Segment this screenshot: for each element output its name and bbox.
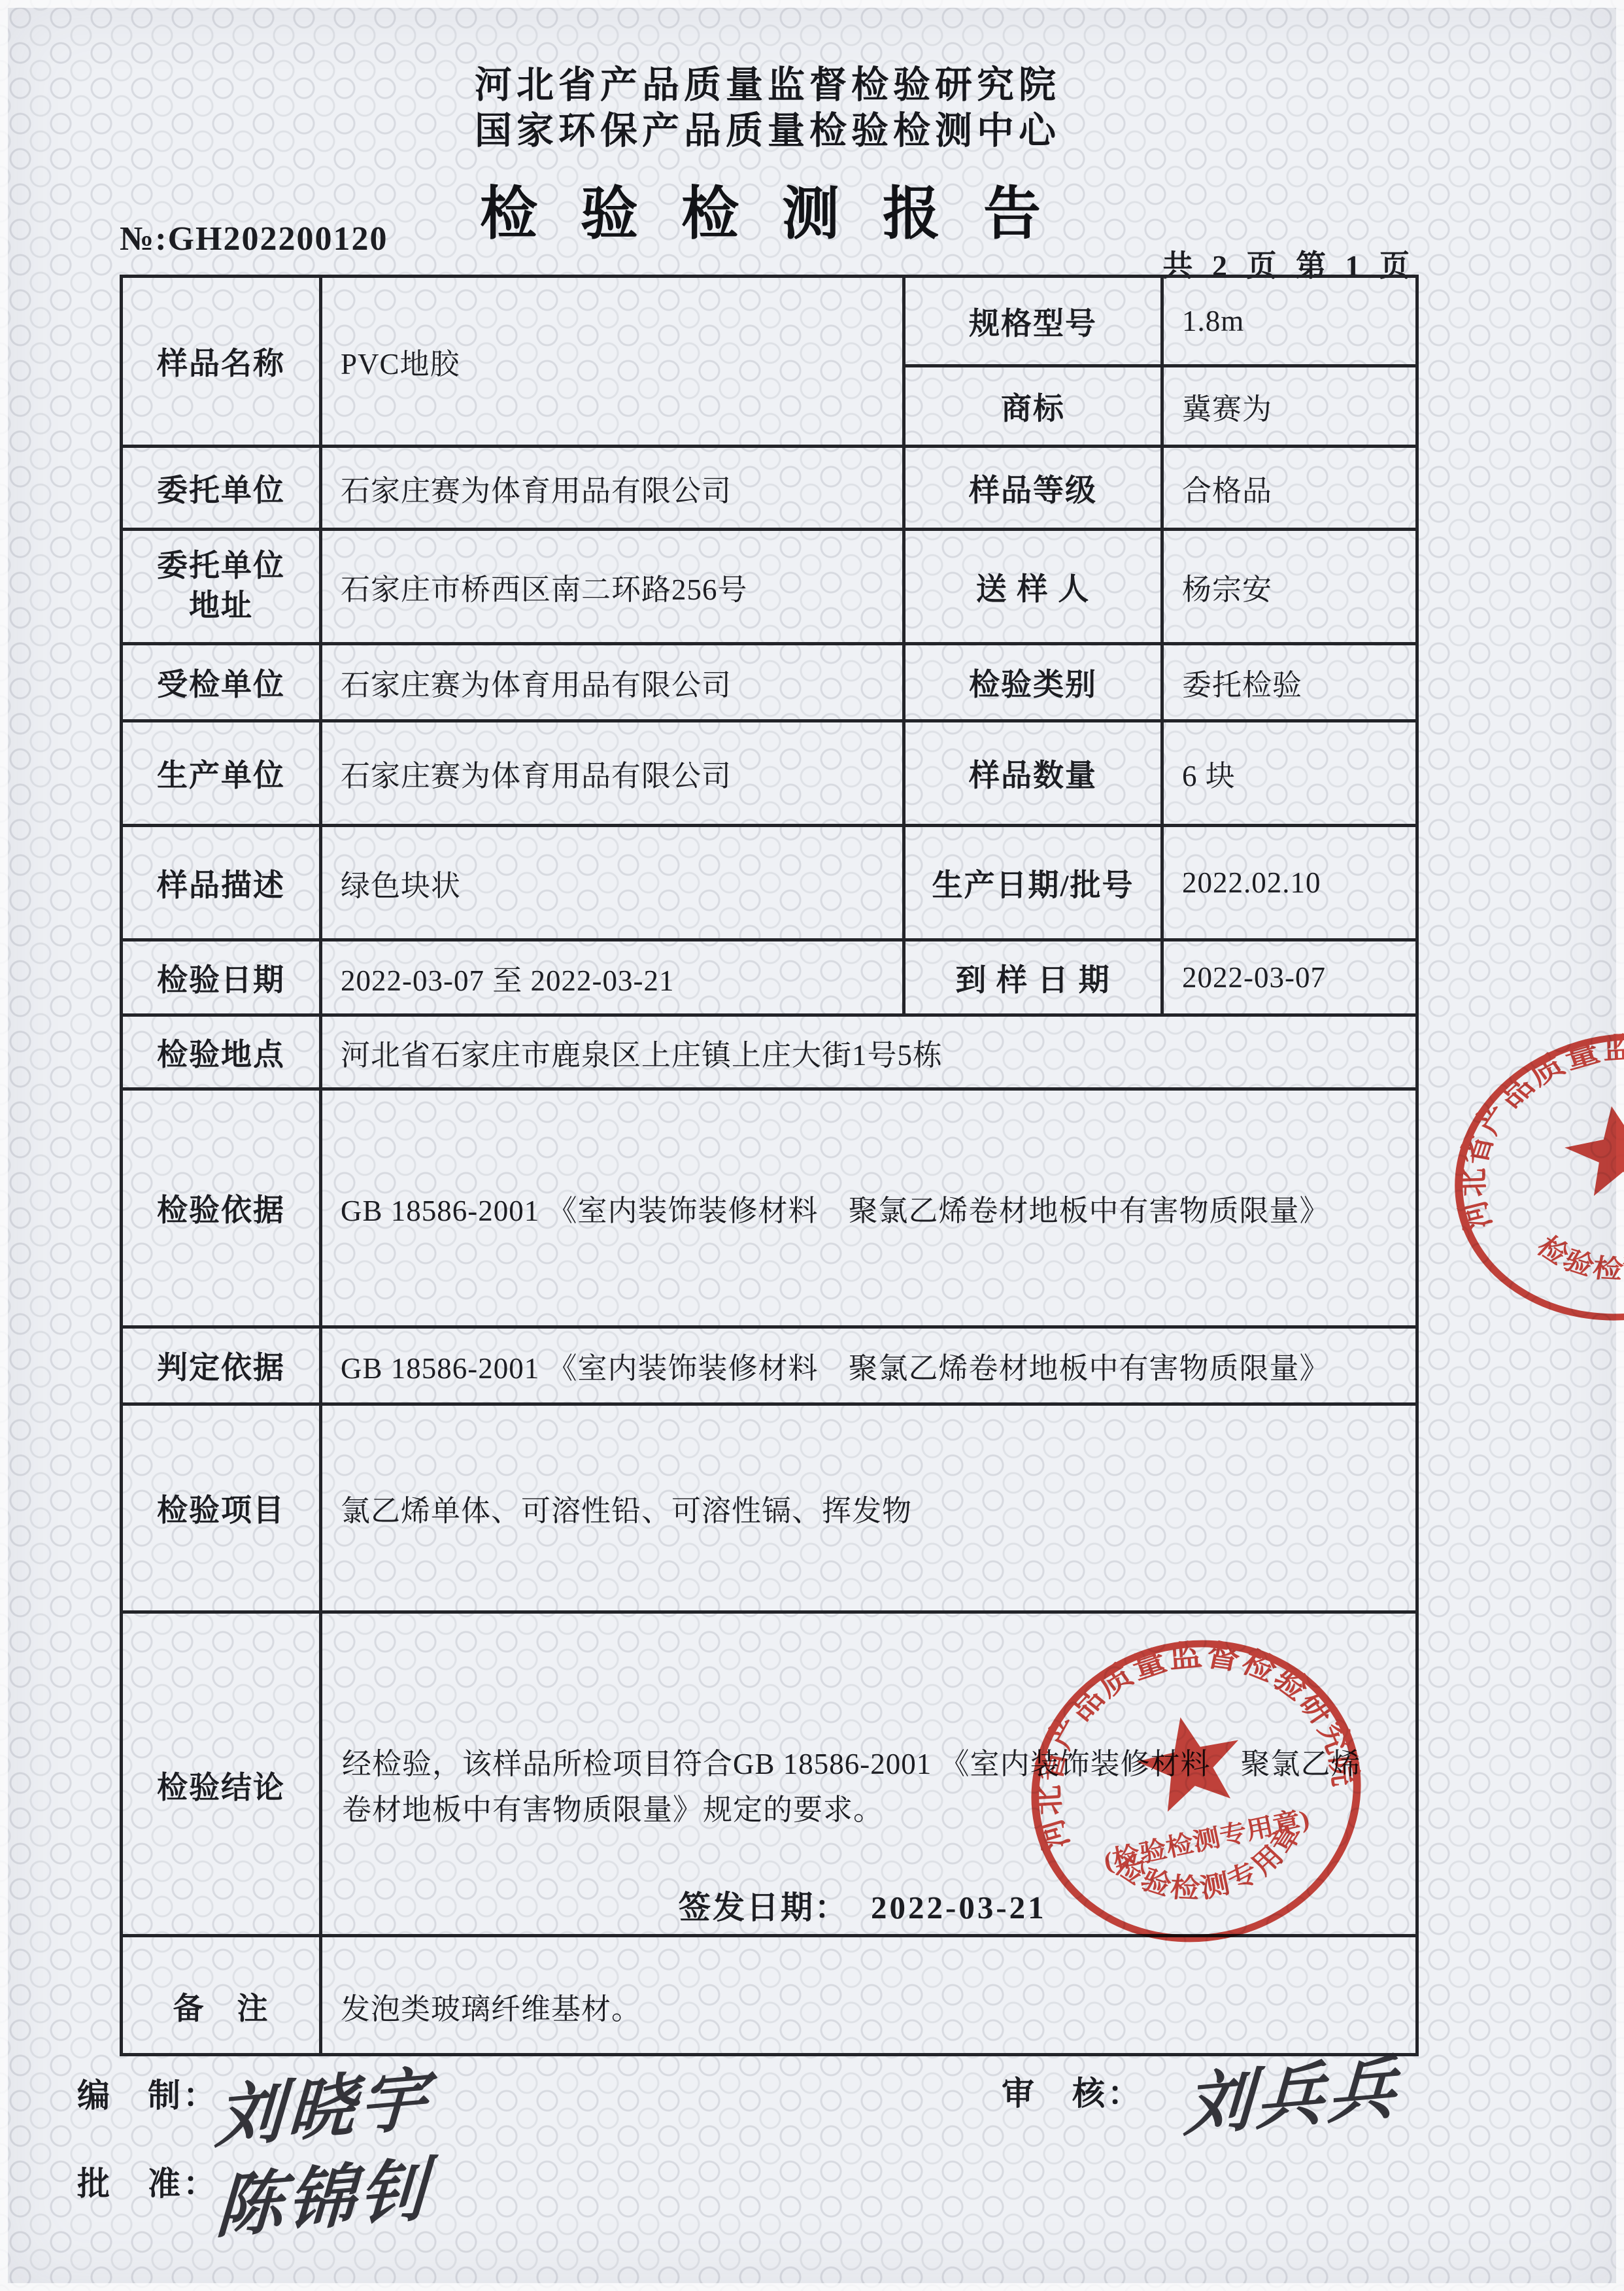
inspection-type-label: 检验类别 [904,644,1162,721]
table-row: 受检单位 石家庄赛为体育用品有限公司 检验类别 委托检验 [122,644,1417,721]
report-number: №:GH202200120 [120,220,388,258]
inspection-date-label: 检验日期 [122,940,321,1015]
inspection-type-value: 委托检验 [1162,644,1417,721]
spec-label: 规格型号 [904,277,1162,366]
svg-text:河北省产品质量监督检验研究院: 河北省产品质量监督检验研究院 [1429,1005,1624,1234]
table-row: 委托单位 地址 石家庄市桥西区南二环路256号 送 样 人 杨宗安 [122,530,1417,644]
conclusion-cell: 经检验，该样品所检项目符合GB 18586-2001 《室内装饰装修材料 聚氯乙… [321,1612,1417,1936]
spec-value: 1.8m [1162,277,1417,366]
table-row: 样品描述 绿色块状 生产日期/批号 2022.02.10 [122,826,1417,940]
report-page: 河北省产品质量监督检验研究院 国家环保产品质量检验检测中心 检 验 检 测 报 … [0,0,1624,2291]
items-label: 检验项目 [122,1404,321,1612]
manufacturer-label: 生产单位 [122,721,321,826]
org-line-1: 河北省产品质量监督检验研究院 [120,63,1415,109]
production-date-label: 生产日期/批号 [904,826,1162,940]
issue-date-value: 2022-03-21 [871,1890,1047,1926]
reviewed-by-label: 审 核： [1002,2067,1143,2114]
sample-name-value: PVC地胶 [321,277,904,447]
inspected-unit-label: 受检单位 [122,644,321,721]
table-row: 判定依据 GB 18586-2001 《室内装饰装修材料 聚氯乙烯卷材地板中有害… [122,1327,1417,1404]
sample-name-label: 样品名称 [122,277,321,447]
items-value: 氯乙烯单体、可溶性铅、可溶性镉、挥发物 [321,1404,1417,1612]
edge-seal-stamp: 河北省产品质量监督检验研究院 检验检测专用章 [1417,994,1624,1360]
approved-by-label: 批 准： [77,2158,218,2205]
client-address-label: 委托单位 地址 [122,530,321,644]
seal-ring-text: 河北省产品质量监督检验研究院 [1429,1005,1624,1234]
remark-label: 备 注 [122,1936,321,2055]
client-value: 石家庄赛为体育用品有限公司 [321,447,904,530]
basis-label: 检验依据 [122,1089,321,1327]
quantity-value: 6 块 [1162,721,1417,826]
approved-by-signature: 陈锦钊 [214,2133,434,2251]
location-value: 河北省石家庄市鹿泉区上庄镇上庄大街1号5栋 [321,1015,1417,1089]
client-address-label-line2: 地址 [189,589,253,623]
production-date-value: 2022.02.10 [1162,826,1417,940]
star-icon [1559,1097,1624,1200]
trademark-label: 商标 [904,366,1162,447]
judgement-basis-value: GB 18586-2001 《室内装饰装修材料 聚氯乙烯卷材地板中有害物质限量》 [321,1327,1417,1404]
prepared-by-label: 编 制： [77,2069,218,2116]
table-row: 检验依据 GB 18586-2001 《室内装饰装修材料 聚氯乙烯卷材地板中有害… [122,1089,1417,1327]
meta-line: №:GH202200120 共 2 页 第 1 页 [120,220,1415,265]
issue-date: 签发日期：2022-03-21 [679,1883,1047,1933]
basis-value: GB 18586-2001 《室内装饰装修材料 聚氯乙烯卷材地板中有害物质限量》 [321,1089,1417,1327]
judgement-basis-label: 判定依据 [122,1327,321,1404]
manufacturer-value: 石家庄赛为体育用品有限公司 [321,721,904,826]
arrival-date-label: 到 样 日 期 [904,940,1162,1015]
seal-bottom-text: 检验检测专用章 [1527,1199,1624,1300]
trademark-value: 冀赛为 [1162,366,1417,447]
conclusion-label: 检验结论 [122,1612,321,1936]
table-row: 检验日期 2022-03-07 至 2022-03-21 到 样 日 期 202… [122,940,1417,1015]
client-label: 委托单位 [122,447,321,530]
reviewed-by-signature: 刘兵兵 [1183,2031,1403,2149]
table-row: 检验结论 经检验，该样品所检项目符合GB 18586-2001 《室内装饰装修材… [122,1612,1417,1936]
remark-value: 发泡类玻璃纤维基材。 [321,1936,1417,2055]
table-row: 检验项目 氯乙烯单体、可溶性铅、可溶性镉、挥发物 [122,1404,1417,1612]
inspection-date-value: 2022-03-07 至 2022-03-21 [321,940,904,1015]
quantity-label: 样品数量 [904,721,1162,826]
table-row: 委托单位 石家庄赛为体育用品有限公司 样品等级 合格品 [122,447,1417,530]
sender-label: 送 样 人 [904,530,1162,644]
table-row: 样品名称 PVC地胶 规格型号 1.8m [122,277,1417,366]
location-label: 检验地点 [122,1015,321,1089]
grade-value: 合格品 [1162,447,1417,530]
grade-label: 样品等级 [904,447,1162,530]
svg-text:检验检测专用章: 检验检测专用章 [1527,1199,1624,1300]
sample-desc-value: 绿色块状 [321,826,904,940]
table-row: 检验地点 河北省石家庄市鹿泉区上庄镇上庄大街1号5栋 [122,1015,1417,1089]
client-address-label-line1: 委托单位 [157,549,285,583]
table-row: 生产单位 石家庄赛为体育用品有限公司 样品数量 6 块 [122,721,1417,826]
seal-ring [1436,1011,1624,1343]
org-line-2: 国家环保产品质量检验检测中心 [120,109,1415,154]
table-row: 备 注 发泡类玻璃纤维基材。 [122,1936,1417,2055]
sender-value: 杨宗安 [1162,530,1417,644]
report-table: 样品名称 PVC地胶 规格型号 1.8m 商标 冀赛为 委托单位 石家庄赛为体育… [120,275,1419,2056]
inspected-unit-value: 石家庄赛为体育用品有限公司 [321,644,904,721]
conclusion-text: 经检验，该样品所检项目符合GB 18586-2001 《室内装饰装修材料 聚氯乙… [342,1748,1361,1826]
sample-desc-label: 样品描述 [122,826,321,940]
arrival-date-value: 2022-03-07 [1162,940,1417,1015]
issue-date-label: 签发日期： [679,1890,849,1926]
client-address-value: 石家庄市桥西区南二环路256号 [321,530,904,644]
